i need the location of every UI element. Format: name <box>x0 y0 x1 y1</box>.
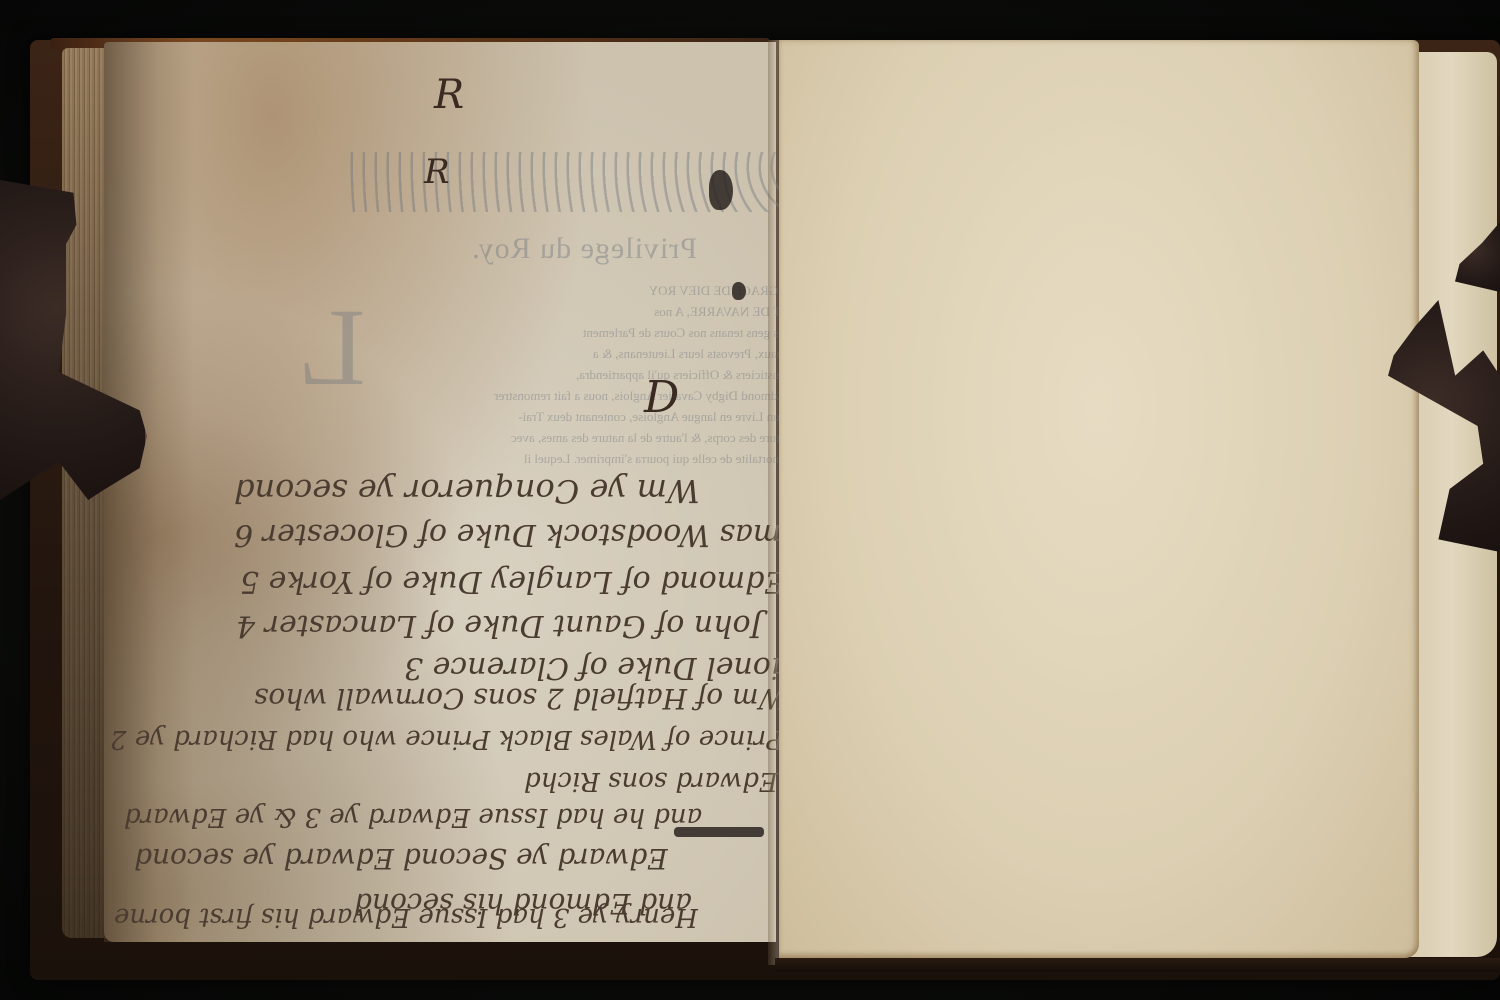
ink-strikethrough <box>674 827 764 837</box>
printed-ornament-band <box>344 152 824 212</box>
handwriting-line: Edward ye Second Edward ye second <box>134 842 668 875</box>
handwritten-mark-r: R <box>434 72 464 118</box>
handwriting-line: Lionel Duke of Clarence 3 <box>404 650 800 685</box>
handwriting-line: and he had Issue Edward ye 3 & ye Edward <box>124 802 702 832</box>
handwriting-line: John of Gaunt Duke of Lancaster 4 <box>236 608 763 643</box>
right-page-blank <box>779 40 1419 958</box>
handwriting-line: Edmond of Langley Duke of Yorke 5 <box>240 564 786 599</box>
handwriting-line: Thomas Woodstock Duke of Glocester 6 <box>234 517 839 552</box>
handwriting-line: Edward sons Richd <box>524 766 778 796</box>
handwriting-line: Wm of Hatfield 2 sons Cornwall whos <box>254 682 787 715</box>
cover-bottom-edge <box>775 958 1500 972</box>
handwriting-line: Wm ye Conqueror ye second <box>234 472 700 510</box>
ink-blot <box>709 170 733 210</box>
ink-blot <box>732 282 746 300</box>
left-page: Privilege du Roy. OVYS PAR LA GRACE DE D… <box>104 42 776 942</box>
handwritten-mark-r: R <box>424 152 450 192</box>
handwritten-mark-d: D <box>644 372 679 423</box>
handwriting-line: Henry ye 3 had Issue Edward his first bo… <box>114 902 698 932</box>
printed-dropcap: L <box>298 292 365 402</box>
